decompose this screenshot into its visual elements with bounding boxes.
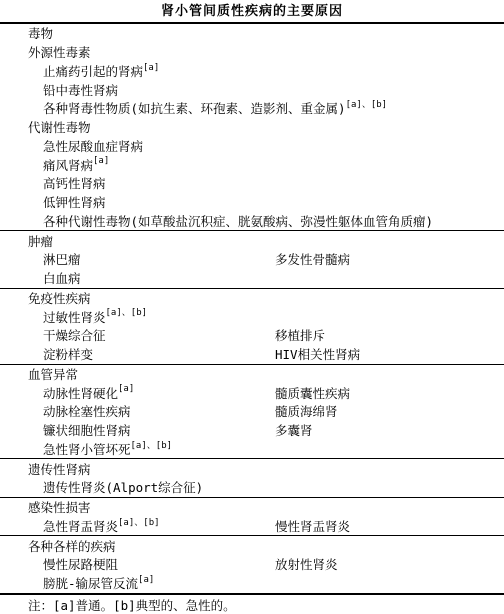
table-row: 镰状细胞性肾病多囊肾 bbox=[0, 421, 504, 440]
table-section: 免疫性疾病过敏性肾炎[a]、[b]干燥综合征移植排斥淀粉样变HIV相关性肾病 bbox=[0, 289, 504, 365]
row-left-text: 急性肾小管坏死 bbox=[43, 442, 131, 457]
footnote-marker: [a] bbox=[143, 63, 159, 73]
table-section: 血管异常动脉性肾硬化[a]髓质囊性疾病动脉栓塞性疾病髓质海绵肾镰状细胞性肾病多囊… bbox=[0, 365, 504, 460]
table-row: 过敏性肾炎[a]、[b] bbox=[0, 307, 504, 326]
table-row: 代谢性毒物 bbox=[0, 118, 504, 137]
row-left-text: 各种各样的疾病 bbox=[28, 539, 116, 554]
table-row: 各种各样的疾病 bbox=[0, 536, 504, 555]
footnote-marker: [a]、[b] bbox=[118, 518, 160, 528]
row-left-text: 毒物 bbox=[28, 26, 53, 41]
table-row: 毒物 bbox=[0, 24, 504, 43]
table-row: 高钙性肾病 bbox=[0, 174, 504, 193]
row-item-label: 急性肾盂肾炎[a]、[b] bbox=[43, 517, 160, 535]
table-row: 慢性尿路梗阻放射性肾炎 bbox=[0, 555, 504, 574]
table-row: 白血病 bbox=[0, 269, 504, 288]
row-left-text: 淋巴瘤 bbox=[43, 252, 81, 267]
row-left-text: 止痛药引起的肾病 bbox=[43, 64, 143, 79]
row-left-text: 急性尿酸血症肾病 bbox=[43, 139, 143, 154]
row-left-text: 低钾性肾病 bbox=[43, 195, 106, 210]
row-category-label: 外源性毒素 bbox=[28, 43, 91, 61]
table-section: 各种各样的疾病慢性尿路梗阻放射性肾炎膀胱-输尿管反流[a] bbox=[0, 536, 504, 592]
row-left-text: 白血病 bbox=[43, 271, 81, 286]
row-item-label: 干燥综合征 bbox=[43, 326, 106, 344]
row-item-label: 膀胱-输尿管反流[a] bbox=[43, 574, 154, 592]
row-left-text: 遗传性肾病 bbox=[28, 462, 91, 477]
footnote-marker: [a] bbox=[118, 384, 134, 394]
row-right-text: 慢性肾盂肾炎 bbox=[275, 517, 350, 535]
footnote-marker: [a] bbox=[93, 156, 109, 166]
row-left-text: 代谢性毒物 bbox=[28, 120, 91, 135]
row-item-label: 动脉栓塞性疾病 bbox=[43, 402, 131, 420]
row-left-text: 膀胱-输尿管反流 bbox=[43, 576, 138, 591]
footnote-marker: [a] bbox=[138, 575, 154, 585]
table-row: 肿瘤 bbox=[0, 231, 504, 250]
row-right-text: 多囊肾 bbox=[275, 421, 313, 439]
table-row: 淀粉样变HIV相关性肾病 bbox=[0, 345, 504, 364]
row-left-text: 高钙性肾病 bbox=[43, 176, 106, 191]
row-right-text: 放射性肾炎 bbox=[275, 555, 338, 573]
row-item-label: 动脉性肾硬化[a] bbox=[43, 384, 134, 402]
table-row: 遗传性肾炎(Alport综合征) bbox=[0, 478, 504, 497]
row-item-label: 各种代谢性毒物(如草酸盐沉积症、胱氨酸病、弥漫性躯体血管角质瘤) bbox=[43, 212, 433, 230]
row-left-text: 动脉栓塞性疾病 bbox=[43, 404, 131, 419]
row-category-label: 肿瘤 bbox=[28, 232, 53, 250]
row-left-text: 外源性毒素 bbox=[28, 45, 91, 60]
footnote-marker: [a]、[b] bbox=[131, 441, 173, 451]
row-item-label: 遗传性肾炎(Alport综合征) bbox=[43, 478, 203, 496]
table-row: 膀胱-输尿管反流[a] bbox=[0, 574, 504, 593]
footnote: 注：[a]普通。[b]典型的、急性的。 bbox=[0, 596, 504, 614]
row-item-label: 高钙性肾病 bbox=[43, 174, 106, 192]
table-row: 淋巴瘤多发性骨髓病 bbox=[0, 250, 504, 269]
row-item-label: 止痛药引起的肾病[a] bbox=[43, 62, 159, 80]
table-section: 遗传性肾病遗传性肾炎(Alport综合征) bbox=[0, 459, 504, 498]
table-section: 感染性损害急性肾盂肾炎[a]、[b]慢性肾盂肾炎 bbox=[0, 498, 504, 537]
document-page: 肾小管间质性疾病的主要原因 毒物外源性毒素止痛药引起的肾病[a]铅中毒性肾病各种… bbox=[0, 0, 504, 614]
row-category-label: 各种各样的疾病 bbox=[28, 537, 116, 555]
table-section: 肿瘤淋巴瘤多发性骨髓病白血病 bbox=[0, 231, 504, 288]
table-row: 低钾性肾病 bbox=[0, 193, 504, 212]
row-left-text: 各种肾毒性物质(如抗生素、环孢素、造影剂、重金属) bbox=[43, 101, 346, 116]
row-category-label: 代谢性毒物 bbox=[28, 118, 91, 136]
row-left-text: 淀粉样变 bbox=[43, 347, 93, 362]
row-category-label: 血管异常 bbox=[28, 365, 78, 383]
row-category-label: 遗传性肾病 bbox=[28, 460, 91, 478]
row-right-text: 移植排斥 bbox=[275, 326, 325, 344]
table-row: 动脉栓塞性疾病髓质海绵肾 bbox=[0, 402, 504, 421]
row-item-label: 低钾性肾病 bbox=[43, 193, 106, 211]
row-left-text: 干燥综合征 bbox=[43, 328, 106, 343]
table-row: 外源性毒素 bbox=[0, 43, 504, 62]
row-left-text: 过敏性肾炎 bbox=[43, 310, 106, 325]
row-item-label: 过敏性肾炎[a]、[b] bbox=[43, 308, 147, 326]
row-left-text: 铅中毒性肾病 bbox=[43, 83, 118, 98]
table-row: 动脉性肾硬化[a]髓质囊性疾病 bbox=[0, 383, 504, 402]
row-left-text: 各种代谢性毒物(如草酸盐沉积症、胱氨酸病、弥漫性躯体血管角质瘤) bbox=[43, 214, 433, 229]
row-left-text: 遗传性肾炎(Alport综合征) bbox=[43, 480, 203, 495]
table-row: 各种代谢性毒物(如草酸盐沉积症、胱氨酸病、弥漫性躯体血管角质瘤) bbox=[0, 212, 504, 231]
table-row: 痛风肾病[a] bbox=[0, 155, 504, 174]
table-row: 血管异常 bbox=[0, 365, 504, 384]
table-row: 止痛药引起的肾病[a] bbox=[0, 62, 504, 81]
footnote-marker: [a]、[b] bbox=[106, 308, 148, 318]
row-left-text: 镰状细胞性肾病 bbox=[43, 423, 131, 438]
page-title: 肾小管间质性疾病的主要原因 bbox=[0, 0, 504, 22]
causes-table: 毒物外源性毒素止痛药引起的肾病[a]铅中毒性肾病各种肾毒性物质(如抗生素、环孢素… bbox=[0, 22, 504, 595]
table-row: 急性尿酸血症肾病 bbox=[0, 137, 504, 156]
row-left-text: 免疫性疾病 bbox=[28, 291, 91, 306]
row-right-text: 多发性骨髓病 bbox=[275, 250, 350, 268]
row-item-label: 急性肾小管坏死[a]、[b] bbox=[43, 440, 172, 458]
table-row: 急性肾小管坏死[a]、[b] bbox=[0, 440, 504, 459]
row-item-label: 白血病 bbox=[43, 269, 81, 287]
table-row: 急性肾盂肾炎[a]、[b]慢性肾盂肾炎 bbox=[0, 517, 504, 536]
row-category-label: 感染性损害 bbox=[28, 498, 91, 516]
row-item-label: 急性尿酸血症肾病 bbox=[43, 137, 143, 155]
row-left-text: 动脉性肾硬化 bbox=[43, 386, 118, 401]
table-row: 干燥综合征移植排斥 bbox=[0, 326, 504, 345]
row-left-text: 肿瘤 bbox=[28, 234, 53, 249]
row-left-text: 感染性损害 bbox=[28, 500, 91, 515]
row-right-text: 髓质囊性疾病 bbox=[275, 384, 350, 402]
row-item-label: 淀粉样变 bbox=[43, 345, 93, 363]
table-row: 遗传性肾病 bbox=[0, 459, 504, 478]
row-left-text: 慢性尿路梗阻 bbox=[43, 557, 118, 572]
row-item-label: 各种肾毒性物质(如抗生素、环孢素、造影剂、重金属)[a]、[b] bbox=[43, 99, 387, 117]
row-item-label: 铅中毒性肾病 bbox=[43, 81, 118, 99]
row-left-text: 痛风肾病 bbox=[43, 158, 93, 173]
row-item-label: 镰状细胞性肾病 bbox=[43, 421, 131, 439]
row-left-text: 急性肾盂肾炎 bbox=[43, 519, 118, 534]
row-item-label: 痛风肾病[a] bbox=[43, 156, 109, 174]
table-row: 感染性损害 bbox=[0, 498, 504, 517]
table-section: 毒物外源性毒素止痛药引起的肾病[a]铅中毒性肾病各种肾毒性物质(如抗生素、环孢素… bbox=[0, 24, 504, 231]
row-category-label: 毒物 bbox=[28, 24, 53, 42]
table-row: 免疫性疾病 bbox=[0, 289, 504, 308]
row-item-label: 淋巴瘤 bbox=[43, 250, 81, 268]
row-left-text: 血管异常 bbox=[28, 367, 78, 382]
row-right-text: HIV相关性肾病 bbox=[275, 345, 360, 363]
table-row: 各种肾毒性物质(如抗生素、环孢素、造影剂、重金属)[a]、[b] bbox=[0, 99, 504, 118]
row-item-label: 慢性尿路梗阻 bbox=[43, 555, 118, 573]
footnote-marker: [a]、[b] bbox=[346, 100, 388, 110]
row-right-text: 髓质海绵肾 bbox=[275, 402, 338, 420]
table-row: 铅中毒性肾病 bbox=[0, 80, 504, 99]
row-category-label: 免疫性疾病 bbox=[28, 289, 91, 307]
